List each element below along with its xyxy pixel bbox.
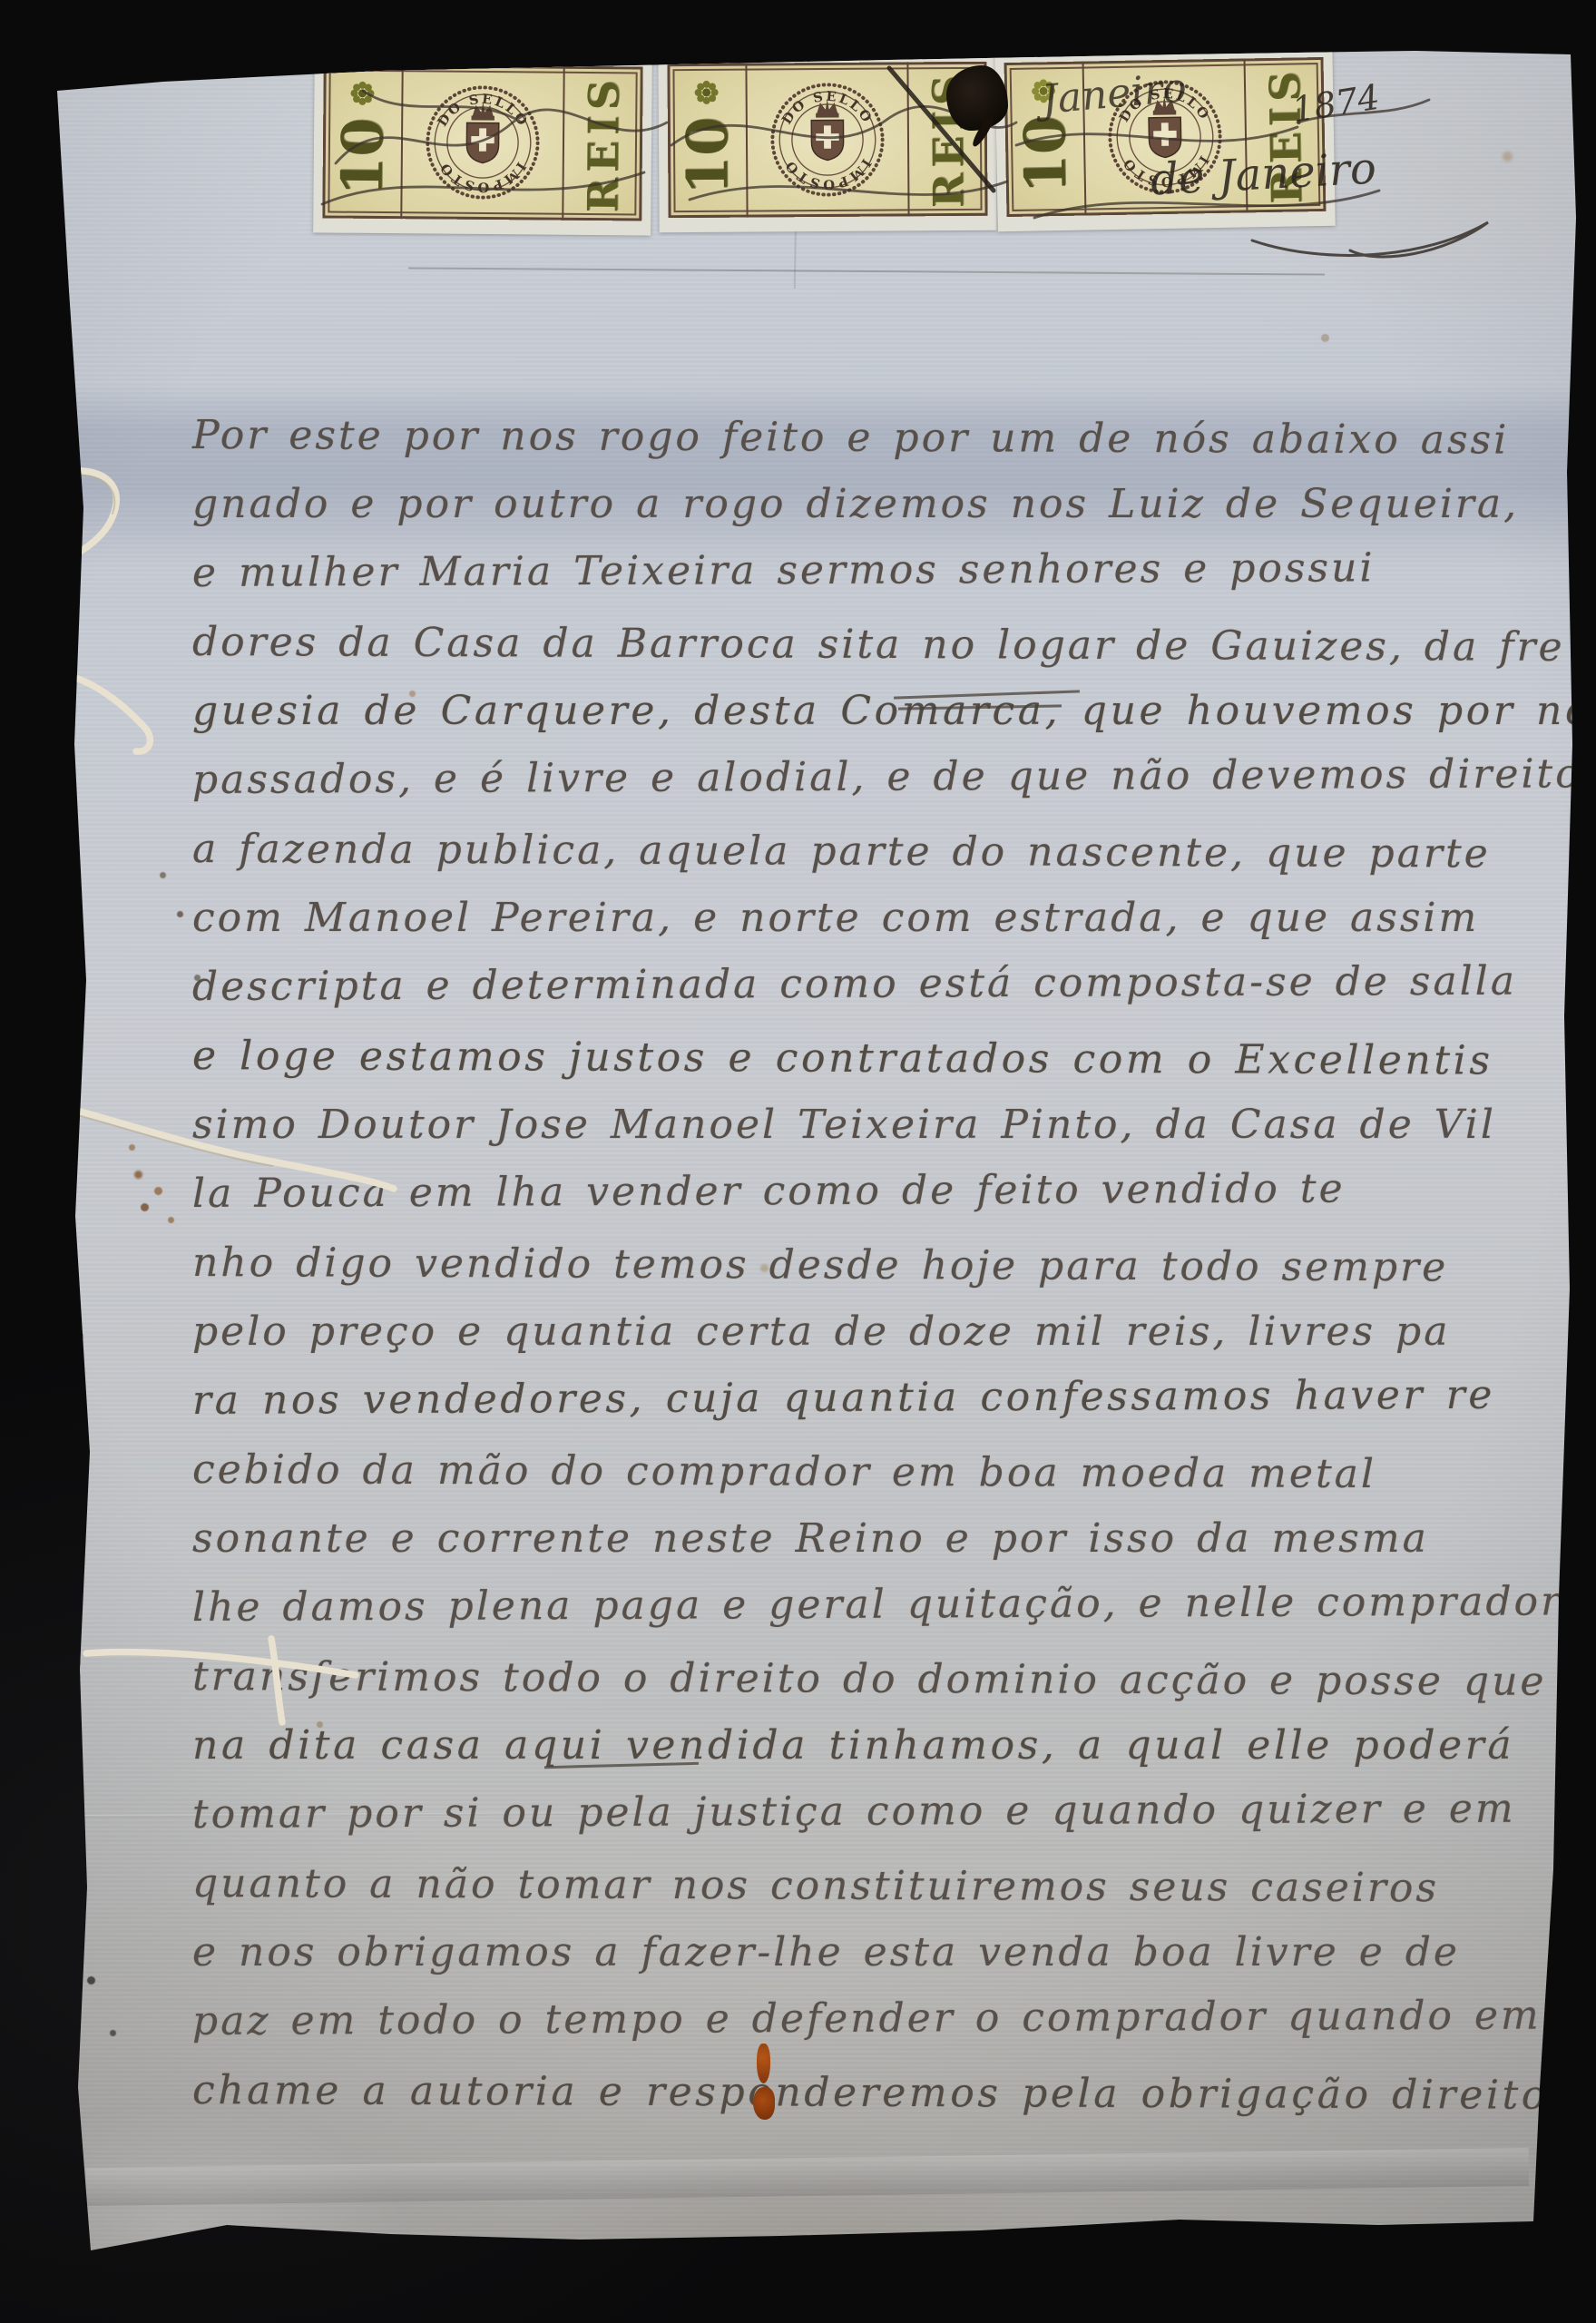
photo-scene: 10 DO SELLO IMPOSTO (0, 0, 1596, 2323)
manuscript-text: Por este por nos rogo feito e por um de … (192, 401, 1535, 2125)
stamp-center: DO SELLO IMPOSTO (402, 64, 563, 221)
stamp-value: 10 (651, 116, 764, 195)
manuscript-line: quanto a não tomar nos constituiremos se… (192, 1849, 1535, 1924)
bottom-fold (86, 2148, 1529, 2206)
stamp-ring-bottom-text: IMPOSTO (781, 156, 874, 192)
manuscript-line: lhe damos plena paga e geral quitação, e… (192, 1568, 1535, 1642)
drip-blob (757, 2044, 770, 2083)
manuscript-line: chame a autoria e responderemos pela obr… (192, 2056, 1535, 2131)
manuscript-line: paz em todo o tempo e defender o comprad… (192, 1982, 1535, 2056)
stamp-right-band: REIS (562, 66, 642, 221)
rosette-icon (349, 81, 375, 106)
stamp-center: DO SELLO IMPOSTO (747, 62, 907, 217)
manuscript-line: a fazenda publica, aquela parte do nasce… (192, 815, 1535, 889)
stamp-currency: REIS (578, 74, 628, 212)
manuscript-line: ra nos vendedores, cuja quantia confessa… (192, 1361, 1535, 1436)
stamp-backing-paper: 10 DO SELLO IMPOSTO (313, 49, 652, 235)
manuscript-line: cebido da mão do comprador em boa moeda … (192, 1436, 1535, 1510)
manuscript-line: sonante e corrente neste Reino e por iss… (192, 1505, 1535, 1573)
pencil-scratch-line (408, 267, 1325, 275)
edge-print-marks (24, 894, 45, 1248)
manuscript-line: simo Doutor Jose Manoel Teixeira Pinto, … (192, 1091, 1535, 1160)
revenue-stamp: 10 DO SELLO IMPOSTO (322, 64, 642, 221)
manuscript-line: guesia de Carquere, desta Comarca, que h… (192, 677, 1535, 746)
manuscript-line: e loge estamos justos e contratados com … (192, 1022, 1535, 1096)
manuscript-line: nho digo vendido temos desde hoje para t… (192, 1229, 1535, 1303)
rosette-icon (694, 80, 720, 105)
cancellation-date-script: de Janeiro (1150, 143, 1377, 206)
coat-of-arms-icon (811, 99, 844, 161)
manuscript-line: e nos obrigamos a fazer-lhe esta venda b… (192, 1918, 1535, 1987)
svg-text:IMPOSTO: IMPOSTO (781, 156, 874, 192)
manuscript-line: pelo preço e quantia certa de doze mil r… (192, 1298, 1535, 1367)
manuscript-line: passados, e é livre e alodial, e de que … (192, 740, 1535, 815)
stamp-emblem: DO SELLO IMPOSTO (402, 64, 563, 221)
edge-print-marks (71, 1334, 83, 1769)
manuscript-line: descripta e determinada como está compos… (192, 947, 1535, 1022)
manuscript-line: tomar por si ou pela justiça como e quan… (192, 1775, 1535, 1849)
ink-blot (946, 65, 1008, 131)
stamp-left-band: 10 (322, 64, 403, 219)
document-paper: 10 DO SELLO IMPOSTO (0, 0, 1596, 2323)
stamp-left-band: 10 (667, 64, 748, 219)
stamp-backing-paper: 10 DO SELLO IMPOSTO (658, 47, 996, 233)
manuscript-line: na dita casa aqui vendida tinhamos, a qu… (192, 1711, 1535, 1780)
manuscript-line: la Pouca em lha vender como de feito ven… (192, 1154, 1535, 1229)
stamp-emblem: DO SELLO IMPOSTO (747, 62, 907, 217)
stamp-value: 10 (305, 117, 418, 196)
foxing-spots (0, 0, 5, 5)
revenue-stamp: 10 DO SELLO IMPOSTO (667, 62, 987, 218)
manuscript-line: gnado e por outro a rogo dizemos nos Lui… (192, 470, 1535, 539)
manuscript-line: com Manoel Pereira, e norte com estrada,… (192, 884, 1535, 953)
drip-blob (753, 2087, 775, 2120)
manuscript-line: e mulher Maria Teixeira sermos senhores … (192, 534, 1535, 608)
manuscript-line: dores da Casa da Barroca sita no logar d… (192, 608, 1535, 682)
manuscript-line: Por este por nos rogo feito e por um de … (192, 401, 1535, 475)
coat-of-arms-icon (466, 102, 499, 163)
manuscript-line: transferimos todo o direito do dominio a… (192, 1642, 1535, 1717)
